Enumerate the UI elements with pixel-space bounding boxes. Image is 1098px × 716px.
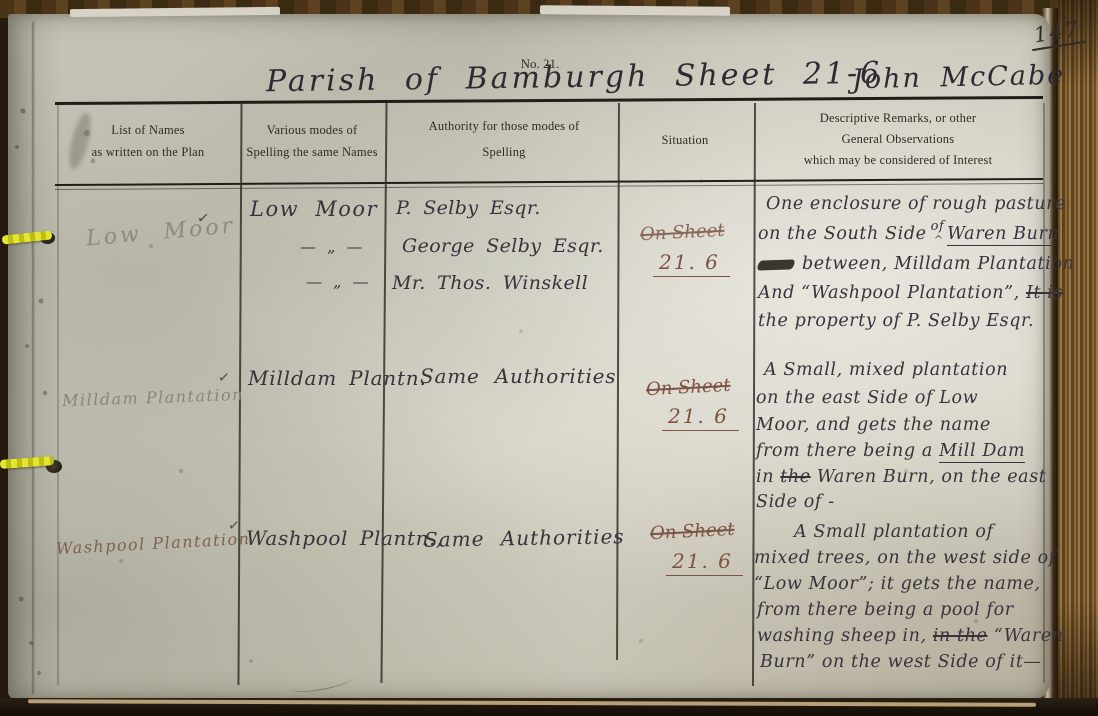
remarks-line: the property of P. Selby Esqr. [758,311,1034,331]
remarks-line: “Low Moor”; it gets the name, [754,574,1041,594]
remarks-line: between, Milldam Plantation [758,254,1074,274]
remarks-text: from there being a [756,441,939,461]
check-icon: ✓ [227,517,240,534]
column-header-names-line2: as written on the Plan [58,146,238,160]
fore-edge-shadow [1056,0,1098,716]
situation-on-sheet: On Sheet [650,519,736,544]
struck-text: It is [1026,283,1063,303]
situation-sheet-number: 21. 6 [666,549,743,576]
remarks-line: And “Washpool Plantation”, It is [758,283,1063,303]
column-header-authority-line2: Spelling [392,146,616,160]
remarks-line: on the east Side of Low [756,388,978,408]
ditto-mark: — „ — [300,237,365,256]
column-header-remarks-line1: Descriptive Remarks, or other [755,112,1041,126]
situation-sheet-number: 21. 6 [662,404,739,431]
spelling-entry: Washpool Plantn., [246,526,443,550]
column-header-remarks-line2: General Observations [755,133,1041,147]
column-header-spelling-line2: Spelling the same Names [242,146,382,160]
column-header-remarks-line3: which may be considered of Interest [755,154,1041,168]
remarks-line: mixed trees, on the west side of [754,548,1056,568]
remarks-line: from there being a pool for [757,600,1014,620]
surveyor-signature: John McCabe [852,60,1066,95]
underlined-text: Mill Dam [939,441,1025,463]
remarks-text: in [756,467,780,487]
page-crease [32,22,34,694]
struck-text: in the [933,626,988,646]
spelling-entry: Low Moor [250,197,378,221]
column-header-names-line1: List of Names [58,124,238,138]
ditto-mark: — „ — [306,272,371,291]
torn-paper-edge [540,5,730,16]
caret-mark: ^ [933,233,944,247]
inserted-word: of [931,219,945,234]
remarks-line: Side of - [756,492,835,512]
authority-entry: Same Authorities [424,524,625,551]
remarks-line: A Small, mixed plantation [764,360,1008,380]
remarks-text: on the South Side [758,224,927,244]
underlined-text: Waren Burn [947,224,1059,246]
column-divider [1043,103,1045,683]
check-icon: ✓ [196,208,211,228]
remarks-text: washing sheep in, [757,626,933,646]
remarks-text: And “Washpool Plantation”, [758,283,1026,303]
struck-text: the [780,467,810,487]
check-icon: ✓ [217,369,230,386]
column-divider [57,103,59,685]
authority-entry: Mr. Thos. Winskell [392,272,588,294]
column-header-situation: Situation [619,134,751,148]
spelling-entry: Milldam Plantn. [248,366,427,390]
authority-entry: P. Selby Esqr. [396,197,541,219]
remarks-line: Burn” on the west Side of it— [760,652,1042,672]
situation-on-sheet: On Sheet [640,220,726,245]
remarks-text: Waren Burn, on the east [811,467,1047,487]
remarks-line: Moor, and gets the name [756,415,991,435]
paper-specks [0,0,2,2]
column-header-authority-line1: Authority for those modes of [392,120,616,134]
remarks-text: “Waren [988,626,1064,646]
remarks-line: A Small plantation of [794,522,994,542]
situation-on-sheet: On Sheet [646,375,732,400]
remarks-line: One enclosure of rough pasture [766,194,1066,214]
authority-entry: George Selby Esqr. [402,235,604,257]
binding-margin [8,14,62,700]
remarks-line: washing sheep in, in the “Waren [757,626,1064,646]
column-header-spelling-line1: Various modes of [242,124,382,138]
remarks-line: on the South Sideof^Waren Burn [758,224,1059,244]
situation-sheet-number: 21. 6 [653,250,730,277]
remarks-line: in the Waren Burn, on the east [756,467,1046,487]
authority-entry: Same Authorities [420,364,616,388]
remarks-text: between, Milldam Plantation [802,254,1074,274]
remarks-line: from there being a Mill Dam [756,441,1025,461]
scribbled-out-word [756,259,795,270]
